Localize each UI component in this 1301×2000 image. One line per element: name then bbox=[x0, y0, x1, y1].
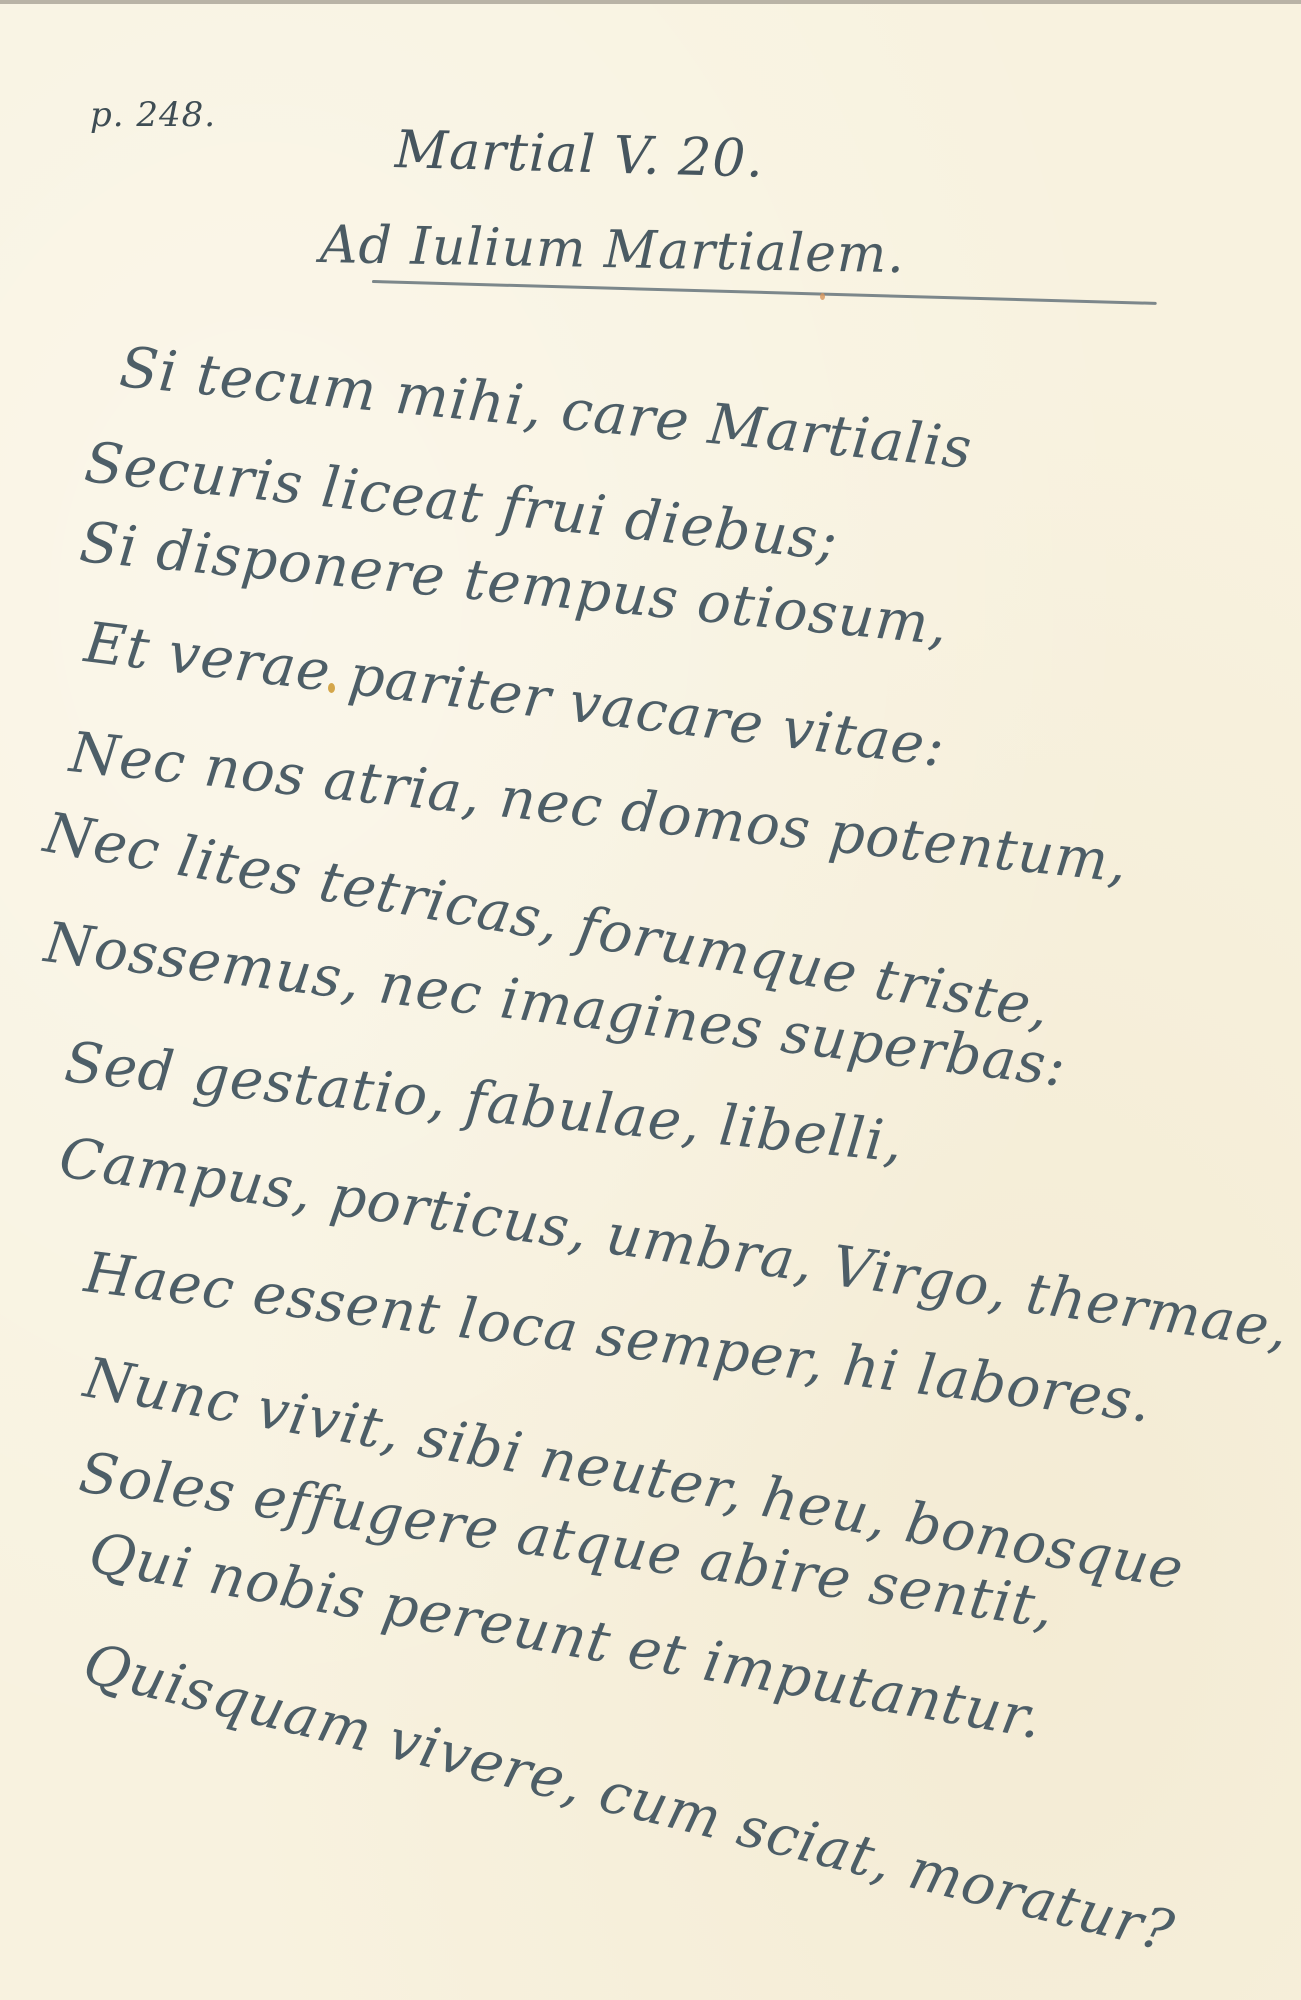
poem-title: Martial V. 20. bbox=[394, 120, 764, 190]
ink-stain bbox=[328, 683, 335, 693]
manuscript-page: p. 248. Martial V. 20. Ad Iulium Martial… bbox=[0, 0, 1301, 2000]
subtitle-underline bbox=[372, 280, 1157, 305]
verse-line: Quisquam vivere, cum sciat, moratur? bbox=[77, 1631, 1180, 1965]
page-reference: p. 248. bbox=[90, 95, 216, 135]
rust-spot bbox=[820, 293, 825, 300]
poem-subtitle: Ad Iulium Martialem. bbox=[319, 215, 905, 285]
page-top-edge bbox=[0, 0, 1301, 4]
